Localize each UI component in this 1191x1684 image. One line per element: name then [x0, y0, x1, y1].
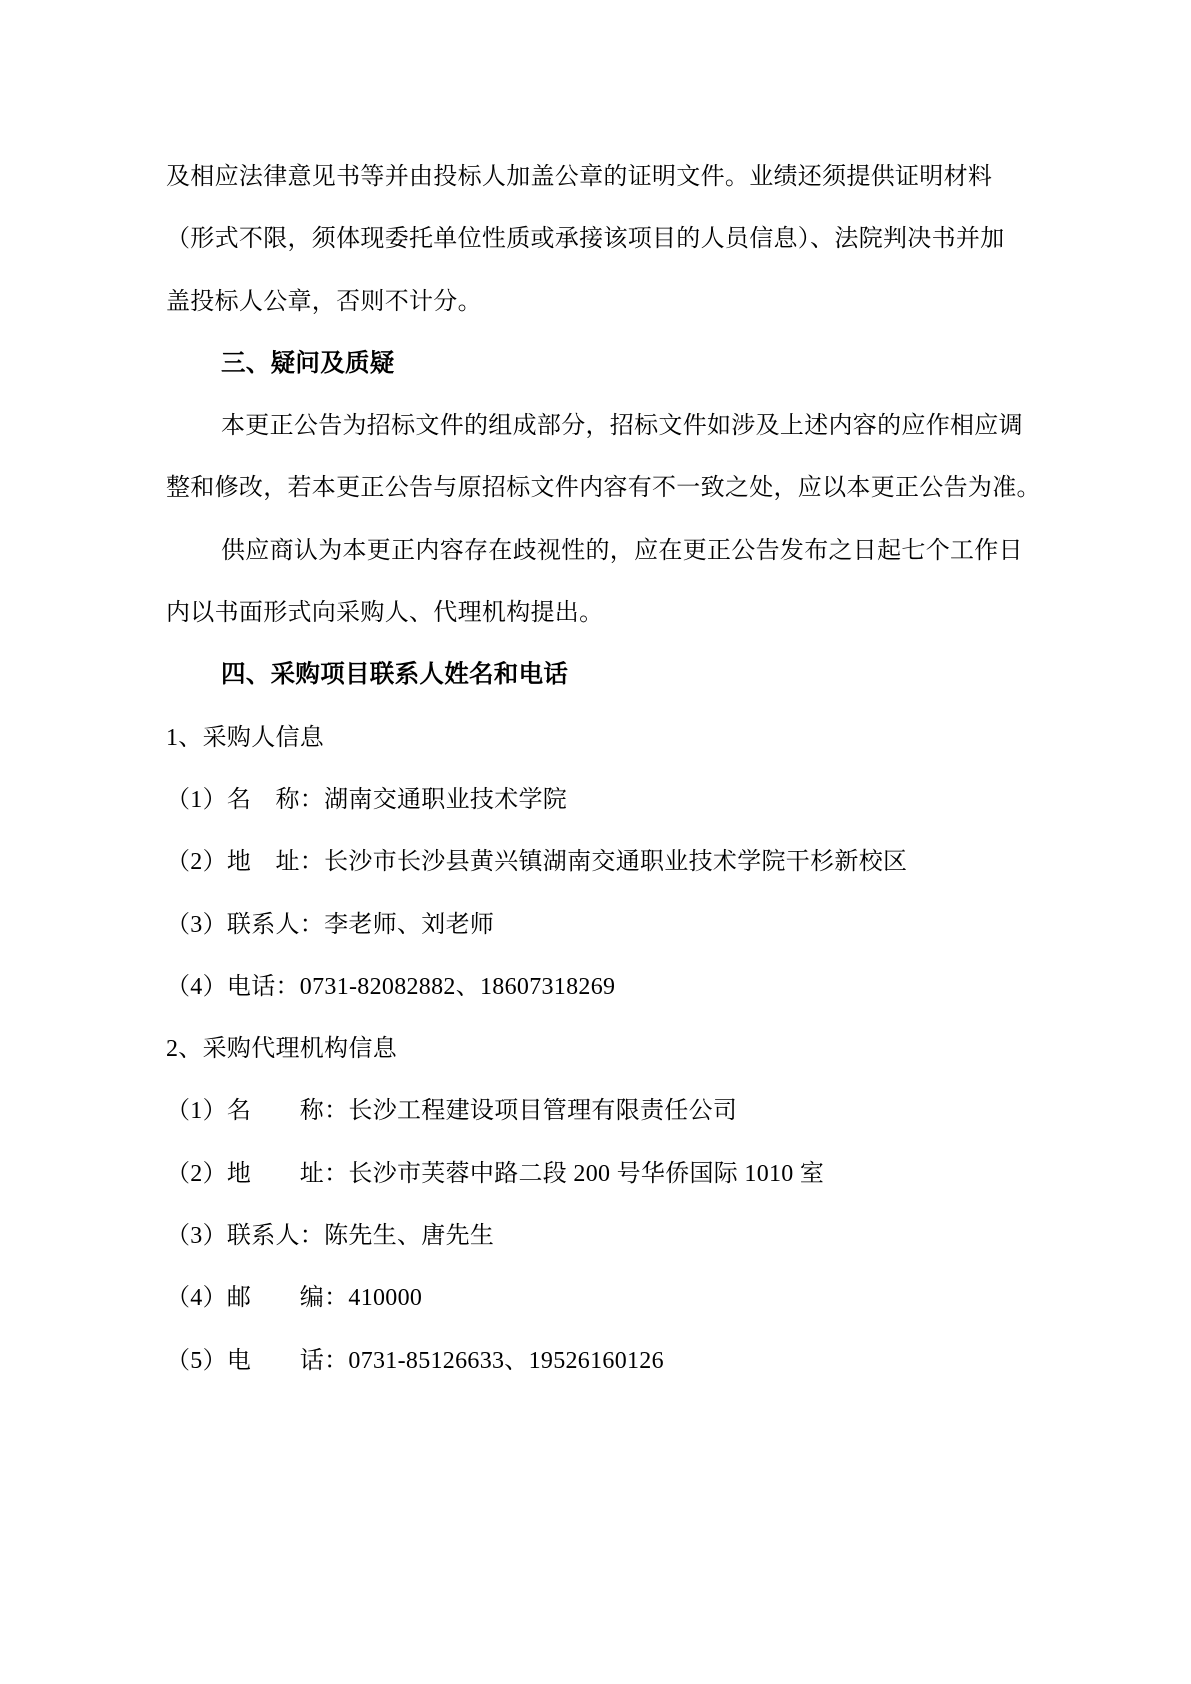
- document-body: 及相应法律意见书等并由投标人加盖公章的证明文件。业绩还须提供证明材料 （形式不限…: [166, 146, 1028, 1392]
- purchaser-name-line: （1）名 称：湖南交通职业技术学院: [166, 769, 1028, 831]
- para-correction-notice-line-1: 本更正公告为招标文件的组成部分，招标文件如涉及上述内容的应作相应调: [166, 395, 1028, 457]
- para-proof-documents-line-3: 盖投标人公章，否则不计分。: [166, 271, 1028, 333]
- para-correction-notice-line-2: 整和修改，若本更正公告与原招标文件内容有不一致之处，应以本更正公告为准。: [166, 457, 1028, 519]
- para-supplier-objection-line-2: 内以书面形式向采购人、代理机构提出。: [166, 582, 1028, 644]
- section-heading-questions: 三、疑问及质疑: [166, 333, 1028, 395]
- purchaser-contact-line: （3）联系人：李老师、刘老师: [166, 894, 1028, 956]
- purchaser-info-title: 1、采购人信息: [166, 707, 1028, 769]
- para-supplier-objection-line-1: 供应商认为本更正内容存在歧视性的，应在更正公告发布之日起七个工作日: [166, 520, 1028, 582]
- document-page: 及相应法律意见书等并由投标人加盖公章的证明文件。业绩还须提供证明材料 （形式不限…: [0, 0, 1191, 1684]
- agency-name-line: （1）名 称：长沙工程建设项目管理有限责任公司: [166, 1080, 1028, 1142]
- para-proof-documents-line-2: （形式不限，须体现委托单位性质或承接该项目的人员信息）、法院判决书并加: [166, 208, 1028, 270]
- agency-info-title: 2、采购代理机构信息: [166, 1018, 1028, 1080]
- agency-phone-line: （5）电 话：0731-85126633、19526160126: [166, 1330, 1028, 1392]
- agency-contact-line: （3）联系人：陈先生、唐先生: [166, 1205, 1028, 1267]
- agency-address-line: （2）地 址：长沙市芙蓉中路二段 200 号华侨国际 1010 室: [166, 1143, 1028, 1205]
- section-heading-contacts: 四、采购项目联系人姓名和电话: [166, 644, 1028, 706]
- para-proof-documents-line-1: 及相应法律意见书等并由投标人加盖公章的证明文件。业绩还须提供证明材料: [166, 146, 1028, 208]
- agency-zip-line: （4）邮 编：410000: [166, 1267, 1028, 1329]
- purchaser-address-line: （2）地 址：长沙市长沙县黄兴镇湖南交通职业技术学院干杉新校区: [166, 831, 1028, 893]
- purchaser-phone-line: （4）电话：0731-82082882、18607318269: [166, 956, 1028, 1018]
